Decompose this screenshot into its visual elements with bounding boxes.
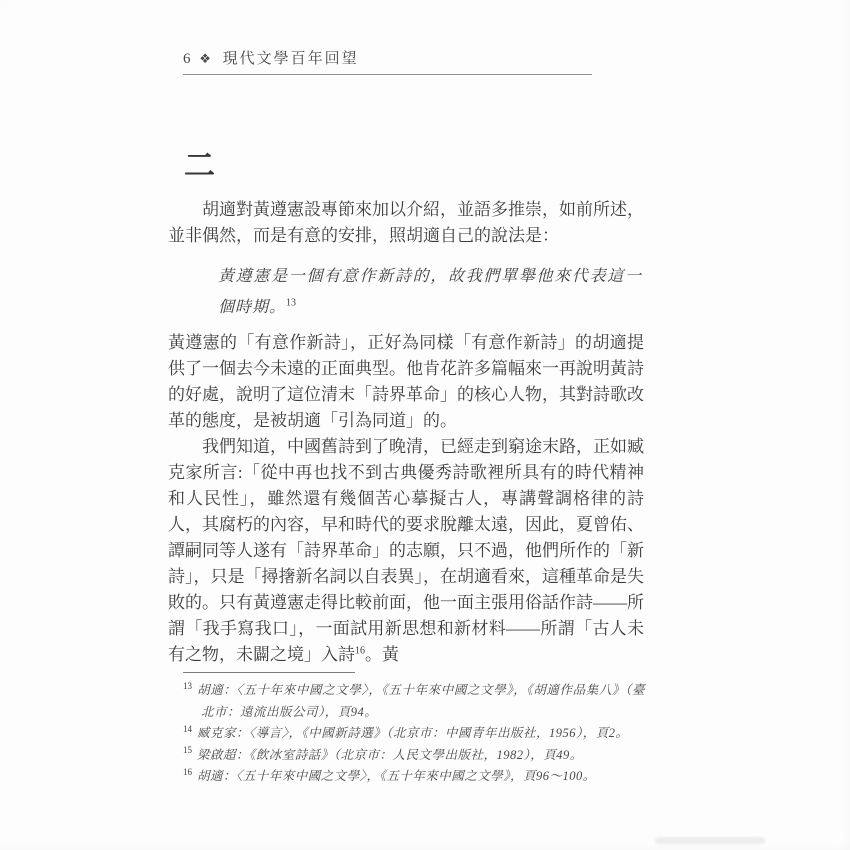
paragraph-intro: 胡適對黃遵憲設專節來加以介紹，並語多推崇，如前所述，並非偶然，而是有意的安排，照… xyxy=(168,197,644,249)
page-number: 6 xyxy=(183,51,192,67)
footnote-item-14: 14臧克家：〈導言〉，《中國新詩選》（北京市：中國青年出版社，1956），頁2。 xyxy=(183,723,645,745)
book-page: 6 ❖ 現代文學百年回望 二 胡適對黃遵憲設專節來加以介紹，並語多推崇，如前所述… xyxy=(0,0,850,850)
footnote-marker-16: 16 xyxy=(183,767,192,777)
footnote-item-13: 13胡適：〈五十年來中國之文學〉，《五十年來中國之文學》，《胡適作品集八》（臺北… xyxy=(183,680,645,723)
footnote-text-15: 梁啟超：《飲冰室詩話》（北京市：人民文學出版社，1982），頁49。 xyxy=(197,748,583,762)
footnote-ref-16: 16 xyxy=(355,645,365,656)
footnote-marker-15: 15 xyxy=(183,745,192,755)
footnotes-section: 13胡適：〈五十年來中國之文學〉，《五十年來中國之文學》，《胡適作品集八》（臺北… xyxy=(183,680,645,788)
header-rule xyxy=(183,74,592,75)
paragraph-main-tail: 。黃 xyxy=(365,645,399,664)
paragraph-main: 我們知道，中國舊詩到了晚清，已經走到窮途末路，正如臧克家所言:「從中再也找不到古… xyxy=(168,434,644,668)
scan-artifact xyxy=(655,837,765,844)
footnote-marker-14: 14 xyxy=(183,724,192,734)
footnote-text-16: 胡適：〈五十年來中國之文學〉，《五十年來中國之文學》，頁96～100。 xyxy=(197,769,596,783)
block-quote: 黃遵憲是一個有意作新詩的，故我們單舉他來代表這一個時期。13 xyxy=(218,261,642,323)
footnote-ref-13: 13 xyxy=(286,298,296,309)
footnote-item-16: 16胡適：〈五十年來中國之文學〉，《五十年來中國之文學》，頁96～100。 xyxy=(183,766,645,788)
quote-text: 黃遵憲是一個有意作新詩的，故我們單舉他來代表這一個時期。 xyxy=(218,268,642,316)
section-heading: 二 xyxy=(184,140,215,185)
footnote-text-14: 臧克家：〈導言〉，《中國新詩選》（北京市：中國青年出版社，1956），頁2。 xyxy=(197,726,629,740)
footnote-separator xyxy=(183,672,355,673)
book-title: 現代文學百年回望 xyxy=(223,51,359,67)
footnote-text-13: 胡適：〈五十年來中國之文學〉，《五十年來中國之文學》，《胡適作品集八》（臺北市：… xyxy=(197,683,645,719)
footnote-item-15: 15梁啟超：《飲冰室詩話》（北京市：人民文學出版社，1982），頁49。 xyxy=(183,745,645,767)
paragraph-continuation: 黃遵憲的「有意作新詩」，正好為同樣「有意作新詩」的胡適提供了一個去今未遠的正面典… xyxy=(168,330,644,434)
diamond-icon: ❖ xyxy=(199,51,213,66)
page-header: 6 ❖ 現代文學百年回望 xyxy=(183,47,359,68)
paragraph-main-text: 我們知道，中國舊詩到了晚清，已經走到窮途末路，正如臧克家所言:「從中再也找不到古… xyxy=(168,437,644,664)
footnote-marker-13: 13 xyxy=(183,681,192,691)
